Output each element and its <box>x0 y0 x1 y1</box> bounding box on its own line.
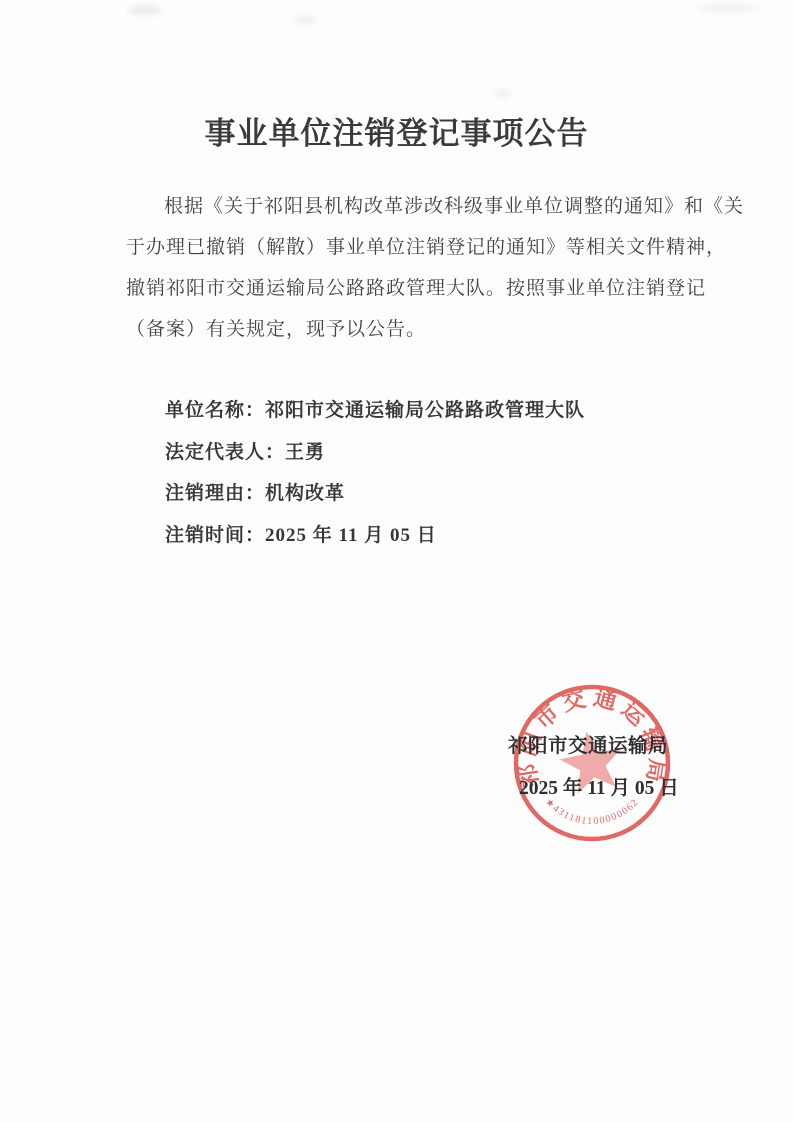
scan-artifact <box>494 90 510 98</box>
scan-artifact <box>293 16 317 24</box>
announcement-document: 事业单位注销登记事项公告 根据《关于祁阳县机构改革涉改科级事业单位调整的通知》和… <box>0 0 793 1122</box>
paragraph-line: 根据《关于祁阳县机构改革涉改科级事业单位调整的通知》和《关 <box>126 186 726 227</box>
detail-label: 注销理由： <box>165 483 265 504</box>
seal-code-text: ★431181100000062 <box>543 796 642 827</box>
deregistration-details: 单位名称：祁阳市交通运输局公路路政管理大队 法定代表人：王勇 注销理由：机构改革… <box>165 390 585 556</box>
scan-artifact <box>128 6 162 15</box>
paragraph-line: 撤销祁阳市交通运输局公路路政管理大队。按照事业单位注销登记 <box>126 268 726 309</box>
detail-legal-representative: 法定代表人：王勇 <box>165 432 585 474</box>
paragraph-line: （备案）有关规定，现予以公告。 <box>126 309 726 350</box>
detail-value: 2025 年 11 月 05 日 <box>265 525 437 546</box>
detail-unit-name: 单位名称：祁阳市交通运输局公路路政管理大队 <box>165 390 585 432</box>
detail-label: 单位名称： <box>165 400 265 421</box>
detail-value: 机构改革 <box>265 483 345 504</box>
signature-org: 祁阳市交通运输局 <box>508 730 668 758</box>
signature-date: 2025 年 11 月 05 日 <box>519 772 679 800</box>
body-paragraph: 根据《关于祁阳县机构改革涉改科级事业单位调整的通知》和《关 于办理已撤销（解散）… <box>126 186 726 350</box>
detail-value: 王勇 <box>285 442 325 463</box>
scan-artifact <box>698 4 760 12</box>
official-seal-stamp: 祁阳市交通运输局 ★431181100000062 <box>492 663 692 863</box>
detail-label: 注销时间： <box>165 525 265 546</box>
detail-value: 祁阳市交通运输局公路路政管理大队 <box>265 400 585 421</box>
paragraph-line: 于办理已撤销（解散）事业单位注销登记的通知》等相关文件精神， <box>126 227 726 268</box>
page-title: 事业单位注销登记事项公告 <box>0 108 793 153</box>
detail-cancellation-reason: 注销理由：机构改革 <box>165 473 585 515</box>
detail-cancellation-date: 注销时间：2025 年 11 月 05 日 <box>165 515 585 557</box>
detail-label: 法定代表人： <box>165 442 285 463</box>
